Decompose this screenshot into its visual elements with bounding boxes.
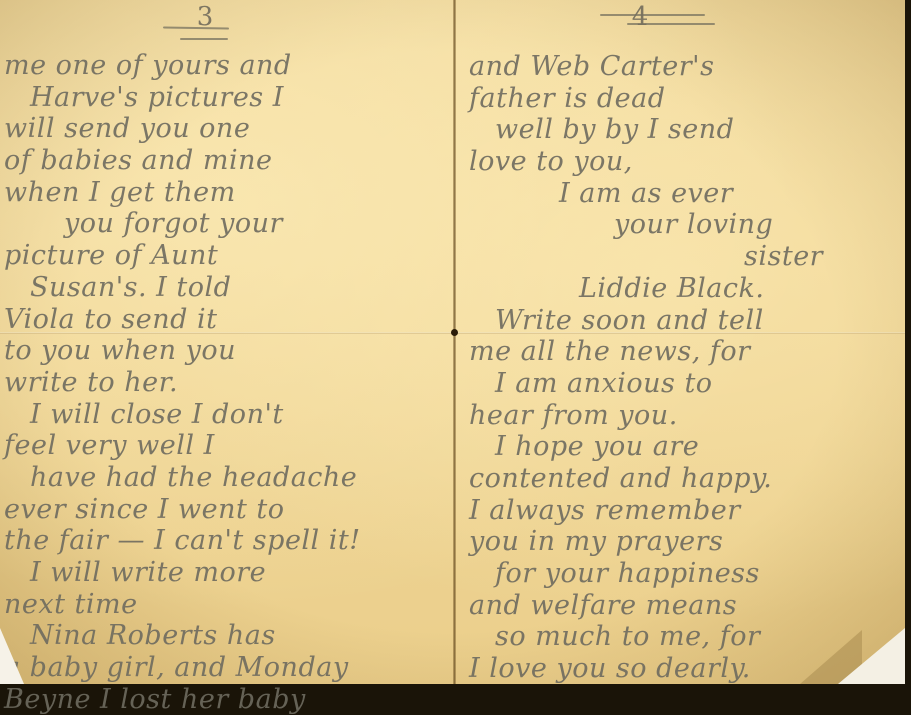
- handwritten-line: will send you one: [4, 113, 455, 145]
- handwritten-line: well by by I send: [469, 114, 905, 146]
- handwritten-line: father is dead: [469, 83, 905, 115]
- handwritten-line: and Web Carter's: [469, 51, 905, 83]
- handwritten-line: when I get them: [4, 177, 455, 209]
- handwritten-line: Nina Roberts has: [4, 620, 455, 652]
- handwritten-line: for your happiness: [469, 558, 905, 590]
- handwritten-line: next time: [4, 589, 455, 621]
- handwritten-line: a baby girl, and Monday: [4, 652, 455, 684]
- handwritten-line: contented and happy.: [469, 463, 905, 495]
- handwritten-line: love to you,: [469, 146, 905, 178]
- handwritten-line: to you when you: [4, 335, 455, 367]
- letter-scan: 3 me one of yours and Harve's pictures I…: [0, 0, 905, 684]
- page-number-underline: [627, 23, 715, 25]
- handwritten-line: me one of yours and: [4, 50, 455, 82]
- signature: Liddie Black.: [469, 273, 905, 305]
- handwritten-line: the fair — I can't spell it!: [4, 525, 455, 557]
- handwritten-lines: and Web Carter's father is dead well by …: [469, 51, 905, 685]
- letter-page-3: 3 me one of yours and Harve's pictures I…: [0, 0, 455, 684]
- handwritten-line: you in my prayers: [469, 526, 905, 558]
- salutation-closing: I am as ever: [469, 178, 905, 210]
- page-number-underline: [600, 14, 705, 16]
- handwritten-line: I always remember: [469, 495, 905, 527]
- handwritten-line: Susan's. I told: [4, 272, 455, 304]
- handwritten-line: me all the news, for: [469, 336, 905, 368]
- folded-corner-right: [838, 628, 905, 684]
- handwritten-line: I am anxious to: [469, 368, 905, 400]
- salutation-closing: sister: [469, 241, 905, 273]
- handwritten-line: feel very well I: [4, 430, 455, 462]
- page-number-underline: [180, 38, 228, 40]
- handwritten-line: Viola to send it: [4, 304, 455, 336]
- handwritten-lines: me one of yours and Harve's pictures I w…: [4, 50, 455, 688]
- handwritten-line: have had the headache: [4, 462, 455, 494]
- handwritten-line: write to her.: [4, 367, 455, 399]
- handwritten-line: you forgot your: [4, 208, 455, 240]
- fold-pinhole: [451, 329, 458, 336]
- handwritten-line: and welfare means: [469, 590, 905, 622]
- handwritten-line: Harve's pictures I: [4, 82, 455, 114]
- handwritten-line: hear from you.: [469, 400, 905, 432]
- paper-fold-vertical: [453, 0, 456, 684]
- handwritten-line: I hope you are: [469, 431, 905, 463]
- letter-page-4: 4 and Web Carter's father is dead well b…: [455, 0, 905, 684]
- torn-corner-left: [0, 628, 24, 684]
- handwritten-line: I will close I don't: [4, 399, 455, 431]
- page-number: 4: [600, 2, 680, 32]
- salutation-closing: your loving: [469, 209, 905, 241]
- handwritten-line: of babies and mine: [4, 145, 455, 177]
- handwritten-line: Beyne I lost her baby: [4, 684, 455, 688]
- handwritten-line: ever since I went to: [4, 494, 455, 526]
- handwritten-line: picture of Aunt: [4, 240, 455, 272]
- handwritten-line: I will write more: [4, 557, 455, 589]
